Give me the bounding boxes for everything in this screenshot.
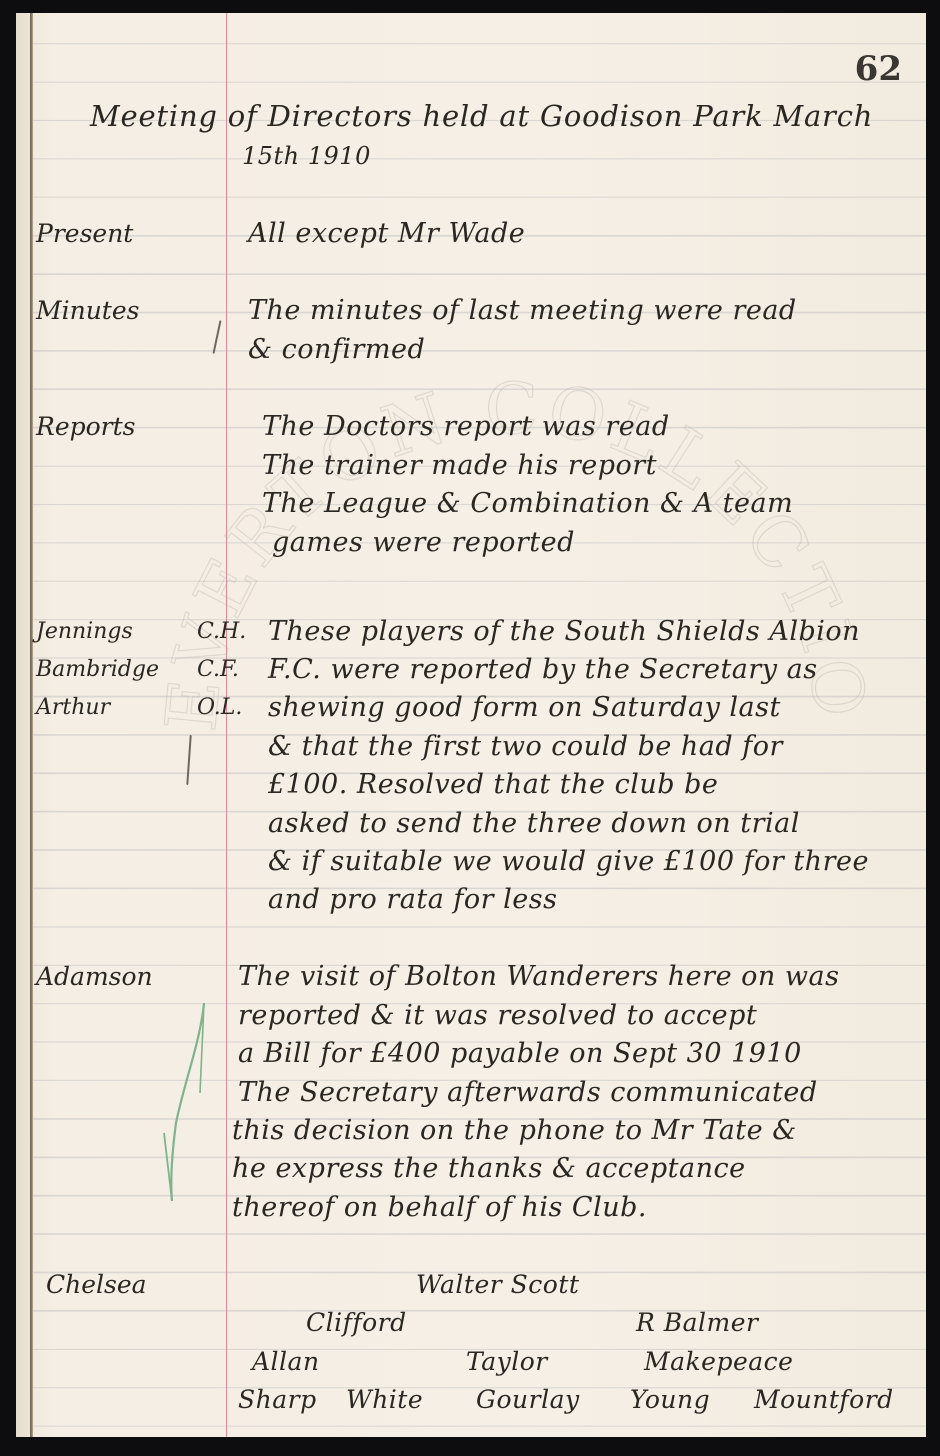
section-label-chelsea: Chelsea (46, 1266, 147, 1304)
ledger-page: EVERTON COLLECTION CHARITABLE TRUST 62 M… (16, 13, 926, 1437)
section-label-minutes: Minutes (36, 292, 139, 330)
section-label-present: Present (36, 215, 133, 253)
minutes-line-2: & confirmed (248, 331, 425, 369)
player-name-jennings: Jennings (36, 613, 133, 651)
page-number: 62 (855, 49, 902, 89)
players-line-8: and pro rata for less (268, 881, 557, 919)
reports-line-2: The trainer made his report (262, 447, 657, 485)
adamson-line-6: he express the thanks & acceptance (232, 1150, 746, 1188)
players-line-1: These players of the South Shields Albio… (268, 613, 860, 651)
lineup-back-1: Clifford (306, 1304, 407, 1342)
adamson-line-7: thereof on behalf of his Club. (232, 1189, 647, 1227)
present-line: All except Mr Wade (248, 215, 525, 253)
lineup-forward-4: Young (630, 1381, 710, 1419)
players-line-5: £100. Resolved that the club be (268, 766, 718, 804)
players-line-7: & if suitable we would give £100 for thr… (268, 843, 869, 881)
adamson-line-1: The visit of Bolton Wanderers here on wa… (238, 958, 839, 996)
player-name-arthur: Arthur (36, 689, 110, 727)
meeting-date: 15th 1910 (242, 137, 371, 175)
adamson-line-5: this decision on the phone to Mr Tate & (232, 1112, 797, 1150)
lineup-forward-5: Mountford (754, 1381, 894, 1419)
players-line-4: & that the first two could be had for (268, 728, 783, 766)
reports-line-3: The League & Combination & A team (262, 485, 793, 523)
adamson-line-3: a Bill for £400 payable on Sept 30 1910 (238, 1035, 802, 1073)
player-name-bambridge: Bambridge (36, 651, 159, 689)
reports-line-4: games were reported (272, 524, 575, 562)
section-label-reports: Reports (36, 408, 136, 446)
lineup-forward-3: Gourlay (476, 1381, 580, 1419)
lineup-back-2: R Balmer (636, 1304, 759, 1342)
player-position-arthur: O.L. (197, 689, 242, 727)
lineup-half-back-1: Allan (252, 1343, 320, 1381)
adamson-line-4: The Secretary afterwards communicated (238, 1074, 818, 1112)
binding-gutter (16, 13, 30, 1437)
lineup-half-back-3: Makepeace (644, 1343, 793, 1381)
players-line-6: asked to send the three down on trial (268, 805, 800, 843)
player-position-bambridge: C.F. (197, 651, 239, 689)
players-line-2: F.C. were reported by the Secretary as (268, 651, 818, 689)
reports-line-1: The Doctors report was read (262, 408, 670, 446)
meeting-title: Meeting of Directors held at Goodison Pa… (90, 97, 873, 135)
minutes-line-1: The minutes of last meeting were read (248, 292, 797, 330)
lineup-forward-1: Sharp (238, 1381, 317, 1419)
players-line-3: shewing good form on Saturday last (268, 689, 781, 727)
adamson-line-2: reported & it was resolved to accept (238, 997, 757, 1035)
lineup-half-back-2: Taylor (466, 1343, 548, 1381)
lineup-goalkeeper: Walter Scott (416, 1266, 579, 1304)
player-position-jennings: C.H. (197, 613, 246, 651)
section-label-adamson: Adamson (36, 958, 153, 996)
lineup-forward-2: White (346, 1381, 423, 1419)
binding-line (30, 13, 33, 1437)
